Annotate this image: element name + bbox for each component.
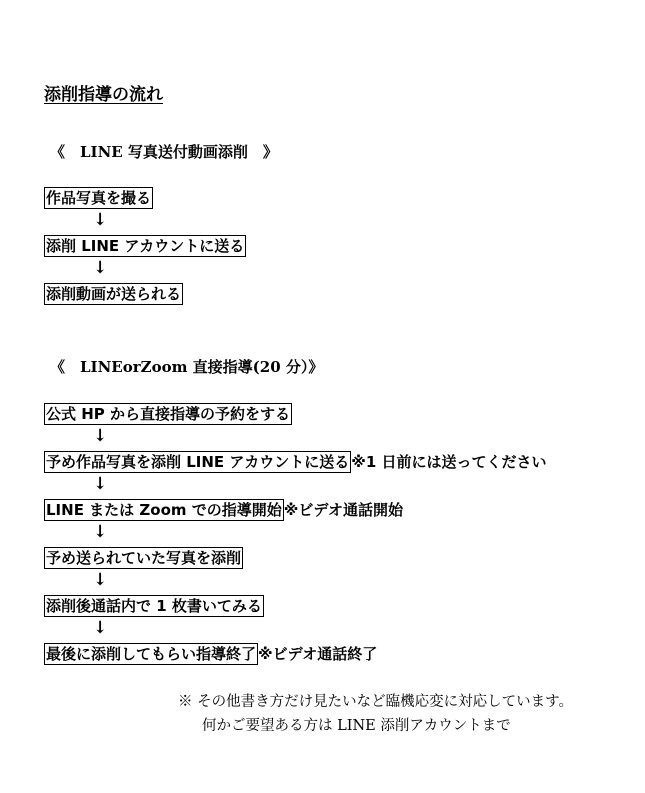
down-arrow-icon: ↓ [93, 570, 107, 590]
down-arrow-icon: ↓ [93, 258, 107, 278]
step-note: ※ビデオ通話終了 [258, 645, 377, 663]
down-arrow-icon: ↓ [93, 474, 107, 494]
down-arrow-icon: ↓ [93, 210, 107, 230]
down-arrow-icon: ↓ [93, 618, 107, 638]
flow-step: 添削後通話内で 1 枚書いてみる [44, 595, 264, 617]
section-heading-direct-lesson: 《 LINEorZoom 直接指導(20 分）》 [50, 356, 323, 377]
flow-step: 公式 HP から直接指導の予約をする [44, 403, 292, 425]
flow-step: LINE または Zoom での指導開始 [44, 499, 284, 521]
step-note: ※1 日前には送ってください [351, 453, 546, 471]
down-arrow-icon: ↓ [93, 522, 107, 542]
step-note: ※ビデオ通話開始 [284, 501, 403, 519]
flow-step: 作品写真を撮る [44, 187, 153, 209]
flow-step: 最後に添削してもらい指導終了 [44, 643, 258, 665]
footnote-line-2: 何かご要望ある方は LINE 添削アカウントまで [202, 714, 511, 738]
flow-step: 予め作品写真を添削 LINE アカウントに送る [44, 451, 351, 473]
flow-step: 添削動画が送られる [44, 283, 183, 305]
page-title: 添削指導の流れ [44, 80, 163, 105]
flow-step: 予め送られていた写真を添削 [44, 547, 243, 569]
flow-step: 添削 LINE アカウントに送る [44, 235, 246, 257]
footnote-line-1: ※ その他書き方だけ見たいなど臨機応変に対応しています。 [178, 690, 573, 714]
section-heading-line-photo: 《 LINE 写真送付動画添削 》 [50, 141, 278, 162]
down-arrow-icon: ↓ [93, 426, 107, 446]
